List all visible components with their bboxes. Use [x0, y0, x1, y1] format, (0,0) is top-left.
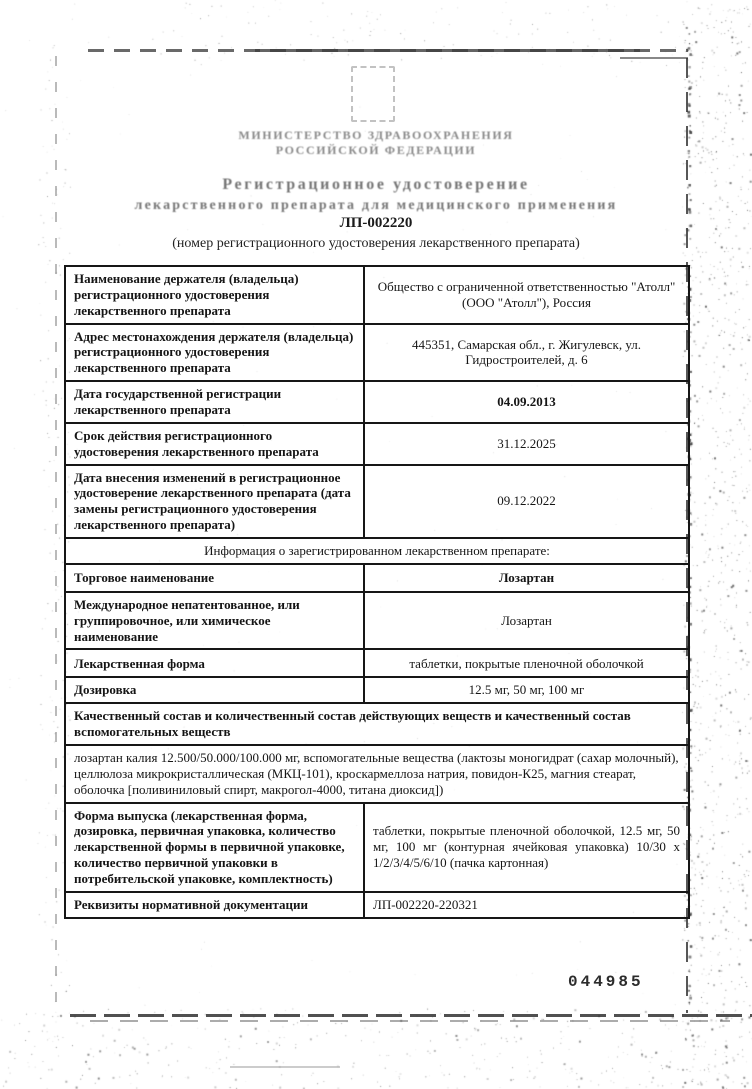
row-value: 445351, Самарская обл., г. Жигулевск, ул…: [364, 324, 689, 382]
page-border-top-solid: [255, 49, 640, 52]
composition-text: лозартан калия 12.500/50.000/100.000 мг,…: [65, 745, 689, 803]
row-label: Лекарственная форма: [65, 649, 364, 677]
table-row: Лекарственная форма таблетки, покрытые п…: [65, 649, 689, 677]
ministry-line-2: РОССИЙСКОЙ ФЕДЕРАЦИИ: [0, 143, 752, 158]
table-section-row: Информация о зарегистрированном лекарств…: [65, 538, 689, 564]
row-label: Торговое наименование: [65, 564, 364, 592]
document-page: МИНИСТЕРСТВО ЗДРАВООХРАНЕНИЯ РОССИЙСКОЙ …: [0, 0, 752, 1089]
table-row: Международное непатентованное, или групп…: [65, 592, 689, 650]
table-section-row: лозартан калия 12.500/50.000/100.000 мг,…: [65, 745, 689, 803]
page-border-bottom-echo: [90, 1020, 730, 1022]
row-label: Дата внесения изменений в регистрационно…: [65, 465, 364, 538]
row-value: Общество с ограниченной ответственностью…: [364, 266, 689, 324]
composition-header: Качественный состав и количественный сос…: [65, 703, 689, 745]
registration-table: Наименование держателя (владельца) регис…: [64, 265, 690, 919]
table-row: Дата государственной регистрации лекарст…: [65, 381, 689, 423]
document-title-line-1: Регистрационное удостоверение: [0, 175, 752, 195]
row-label: Адрес местонахождения держателя (владель…: [65, 324, 364, 382]
table-row: Реквизиты нормативной документации ЛП-00…: [65, 892, 689, 918]
row-value: ЛП-002220-220321: [364, 892, 689, 918]
row-value: таблетки, покрытые пленочной оболочкой: [364, 649, 689, 677]
page-border-bottom-dash: [230, 1066, 340, 1068]
registration-number: ЛП-002220: [0, 215, 752, 232]
row-label: Наименование держателя (владельца) регис…: [65, 266, 364, 324]
registration-number-caption: (номер регистрационного удостоверения ле…: [0, 236, 752, 252]
row-label: Дозировка: [65, 677, 364, 703]
table-row: Торговое наименование Лозартан: [65, 564, 689, 592]
ministry-name: МИНИСТЕРСТВО ЗДРАВООХРАНЕНИЯ РОССИЙСКОЙ …: [0, 128, 752, 158]
row-value: 04.09.2013: [364, 381, 689, 423]
row-value: таблетки, покрытые пленочной оболочкой, …: [364, 803, 689, 892]
table-row: Дозировка 12.5 мг, 50 мг, 100 мг: [65, 677, 689, 703]
row-label: Дата государственной регистрации лекарст…: [65, 381, 364, 423]
row-label: Международное непатентованное, или групп…: [65, 592, 364, 650]
table-row: Адрес местонахождения держателя (владель…: [65, 324, 689, 382]
row-label: Форма выпуска (лекарственная форма, дози…: [65, 803, 364, 892]
document-title-line-2: лекарственного препарата для медицинског…: [0, 195, 752, 217]
emblem-placeholder: [351, 66, 395, 122]
row-value: Лозартан: [364, 592, 689, 650]
row-label: Реквизиты нормативной документации: [65, 892, 364, 918]
page-border-bottom: [70, 1014, 752, 1017]
document-title: Регистрационное удостоверение лекарствен…: [0, 175, 752, 217]
row-value: Лозартан: [364, 564, 689, 592]
section-header: Информация о зарегистрированном лекарств…: [65, 538, 689, 564]
table-row: Дата внесения изменений в регистрационно…: [65, 465, 689, 538]
page-border-top-step: [620, 57, 688, 59]
serial-number: 044985: [568, 973, 644, 991]
table-row: Наименование держателя (владельца) регис…: [65, 266, 689, 324]
row-value: 09.12.2022: [364, 465, 689, 538]
table-row: Срок действия регистрационного удостовер…: [65, 423, 689, 465]
ministry-line-1: МИНИСТЕРСТВО ЗДРАВООХРАНЕНИЯ: [0, 128, 752, 143]
table-row: Форма выпуска (лекарственная форма, дози…: [65, 803, 689, 892]
row-value: 12.5 мг, 50 мг, 100 мг: [364, 677, 689, 703]
row-value: 31.12.2025: [364, 423, 689, 465]
table-section-row: Качественный состав и количественный сос…: [65, 703, 689, 745]
row-label: Срок действия регистрационного удостовер…: [65, 423, 364, 465]
